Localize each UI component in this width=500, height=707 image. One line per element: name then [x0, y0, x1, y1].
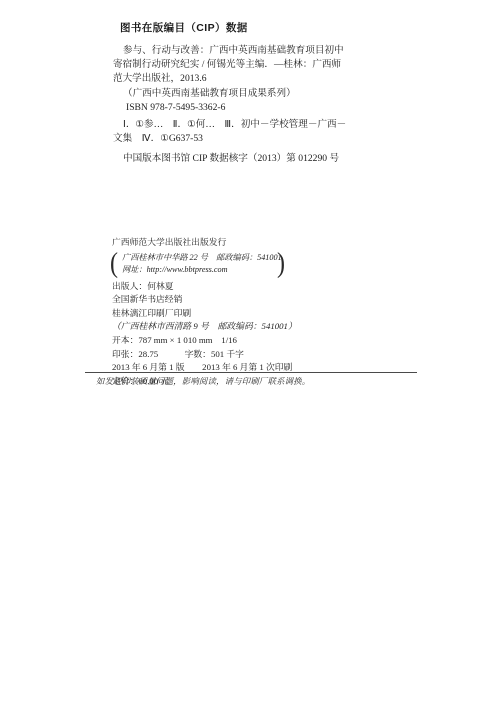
- cip-record-block: 参与、行动与改善：广西中英西南基础教育项目初中 寄宿制行动研究纪实 / 何锡光等…: [113, 44, 346, 167]
- cip-series-line: （广西中英西南基础教育项目成果系列）: [113, 87, 346, 101]
- cip-classification-line-2: 文集 Ⅳ．①G637-53: [113, 132, 346, 146]
- publisher-line: 广西师范大学出版社出版发行: [112, 236, 297, 250]
- divider-rule: [85, 372, 417, 373]
- publisher-address-lines: 广西桂林市中华路 22 号 邮政编码：541001 网址：http://www.…: [122, 252, 277, 277]
- format-line: 开本：787 mm × 1 010 mm 1/16: [112, 334, 297, 348]
- quality-note-line: 如发现印装质量问题，影响阅读，请与印刷厂联系调换。: [96, 375, 310, 387]
- publisher-website: 网址：http://www.bbtpress.com: [122, 264, 277, 277]
- open-paren: (: [110, 248, 118, 280]
- cip-title-line-2: 寄宿制行动研究纪实 / 何锡光等主编．—桂林：广西师: [113, 58, 346, 72]
- printer-line: 桂林漓江印刷厂印刷: [112, 307, 297, 321]
- close-paren: ): [277, 248, 285, 280]
- issuer-line: 出版人：何林夏: [112, 280, 297, 294]
- distribution-line: 全国新华书店经销: [112, 293, 297, 307]
- publisher-address-group: ( 广西桂林市中华路 22 号 邮政编码：541001 网址：http://ww…: [110, 251, 297, 278]
- cip-registry-line: 中国版本图书馆 CIP 数据核字（2013）第 012290 号: [113, 152, 346, 166]
- printer-address-line: （广西桂林市西清路 9 号 邮政编码：541001）: [112, 320, 297, 334]
- copyright-page: 图书在版编目（CIP）数据 参与、行动与改善：广西中英西南基础教育项目初中 寄宿…: [0, 0, 500, 707]
- cip-heading: 图书在版编目（CIP）数据: [120, 20, 248, 35]
- publisher-address: 广西桂林市中华路 22 号 邮政编码：541001: [122, 252, 277, 265]
- cip-classification-line-1: Ⅰ．①参… Ⅱ．①何… Ⅲ．初中－学校管理－广西－: [113, 118, 346, 132]
- colophon-block: 广西师范大学出版社出版发行 ( 广西桂林市中华路 22 号 邮政编码：54100…: [112, 236, 297, 388]
- sheets-words-line: 印张：28.75 字数：501 千字: [112, 348, 297, 362]
- cip-title-line-1: 参与、行动与改善：广西中英西南基础教育项目初中: [113, 44, 346, 58]
- cip-title-line-3: 范大学出版社，2013.6: [113, 72, 346, 86]
- cip-isbn-line: ISBN 978-7-5495-3362-6: [113, 101, 346, 115]
